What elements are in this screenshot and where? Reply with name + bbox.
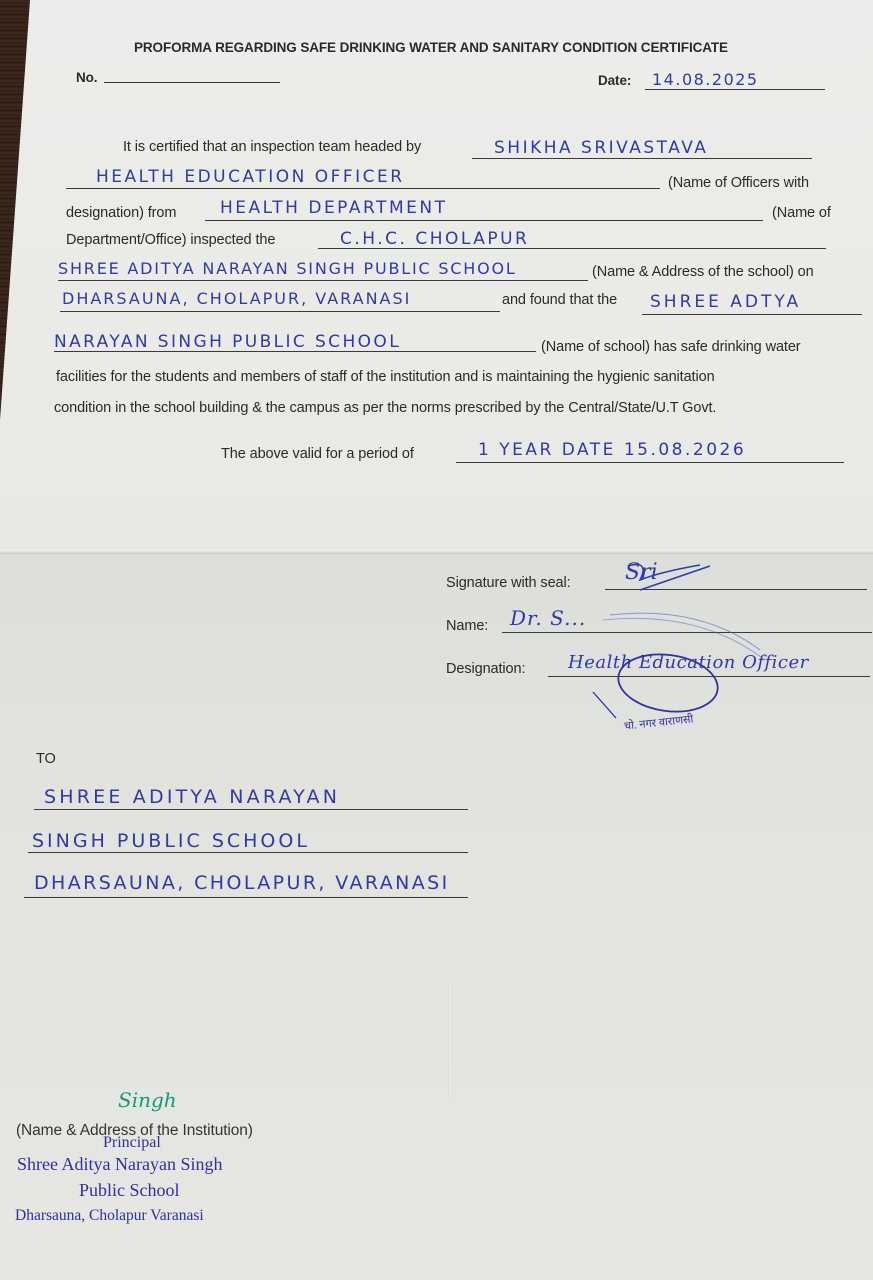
to-label: TO — [36, 751, 56, 767]
principal-stamp-line1: Shree Aditya Narayan Singh — [17, 1154, 222, 1175]
principal-stamp-title: Principal — [103, 1134, 161, 1152]
recipient-line3: DHARSAUNA, CHOLAPUR, VARANASI — [34, 872, 450, 894]
recipient-line3-rule — [24, 897, 468, 898]
principal-stamp-line2: Public School — [79, 1180, 180, 1201]
recipient-line2-rule — [28, 852, 468, 853]
recipient-line1: SHREE ADITYA NARAYAN — [44, 786, 340, 808]
recipient-line2: SINGH PUBLIC SCHOOL — [32, 830, 310, 852]
recipient-line1-rule — [34, 809, 468, 810]
principal-signature: Singh — [118, 1088, 177, 1112]
principal-stamp-line3: Dharsauna, Cholapur Varanasi — [15, 1207, 204, 1225]
